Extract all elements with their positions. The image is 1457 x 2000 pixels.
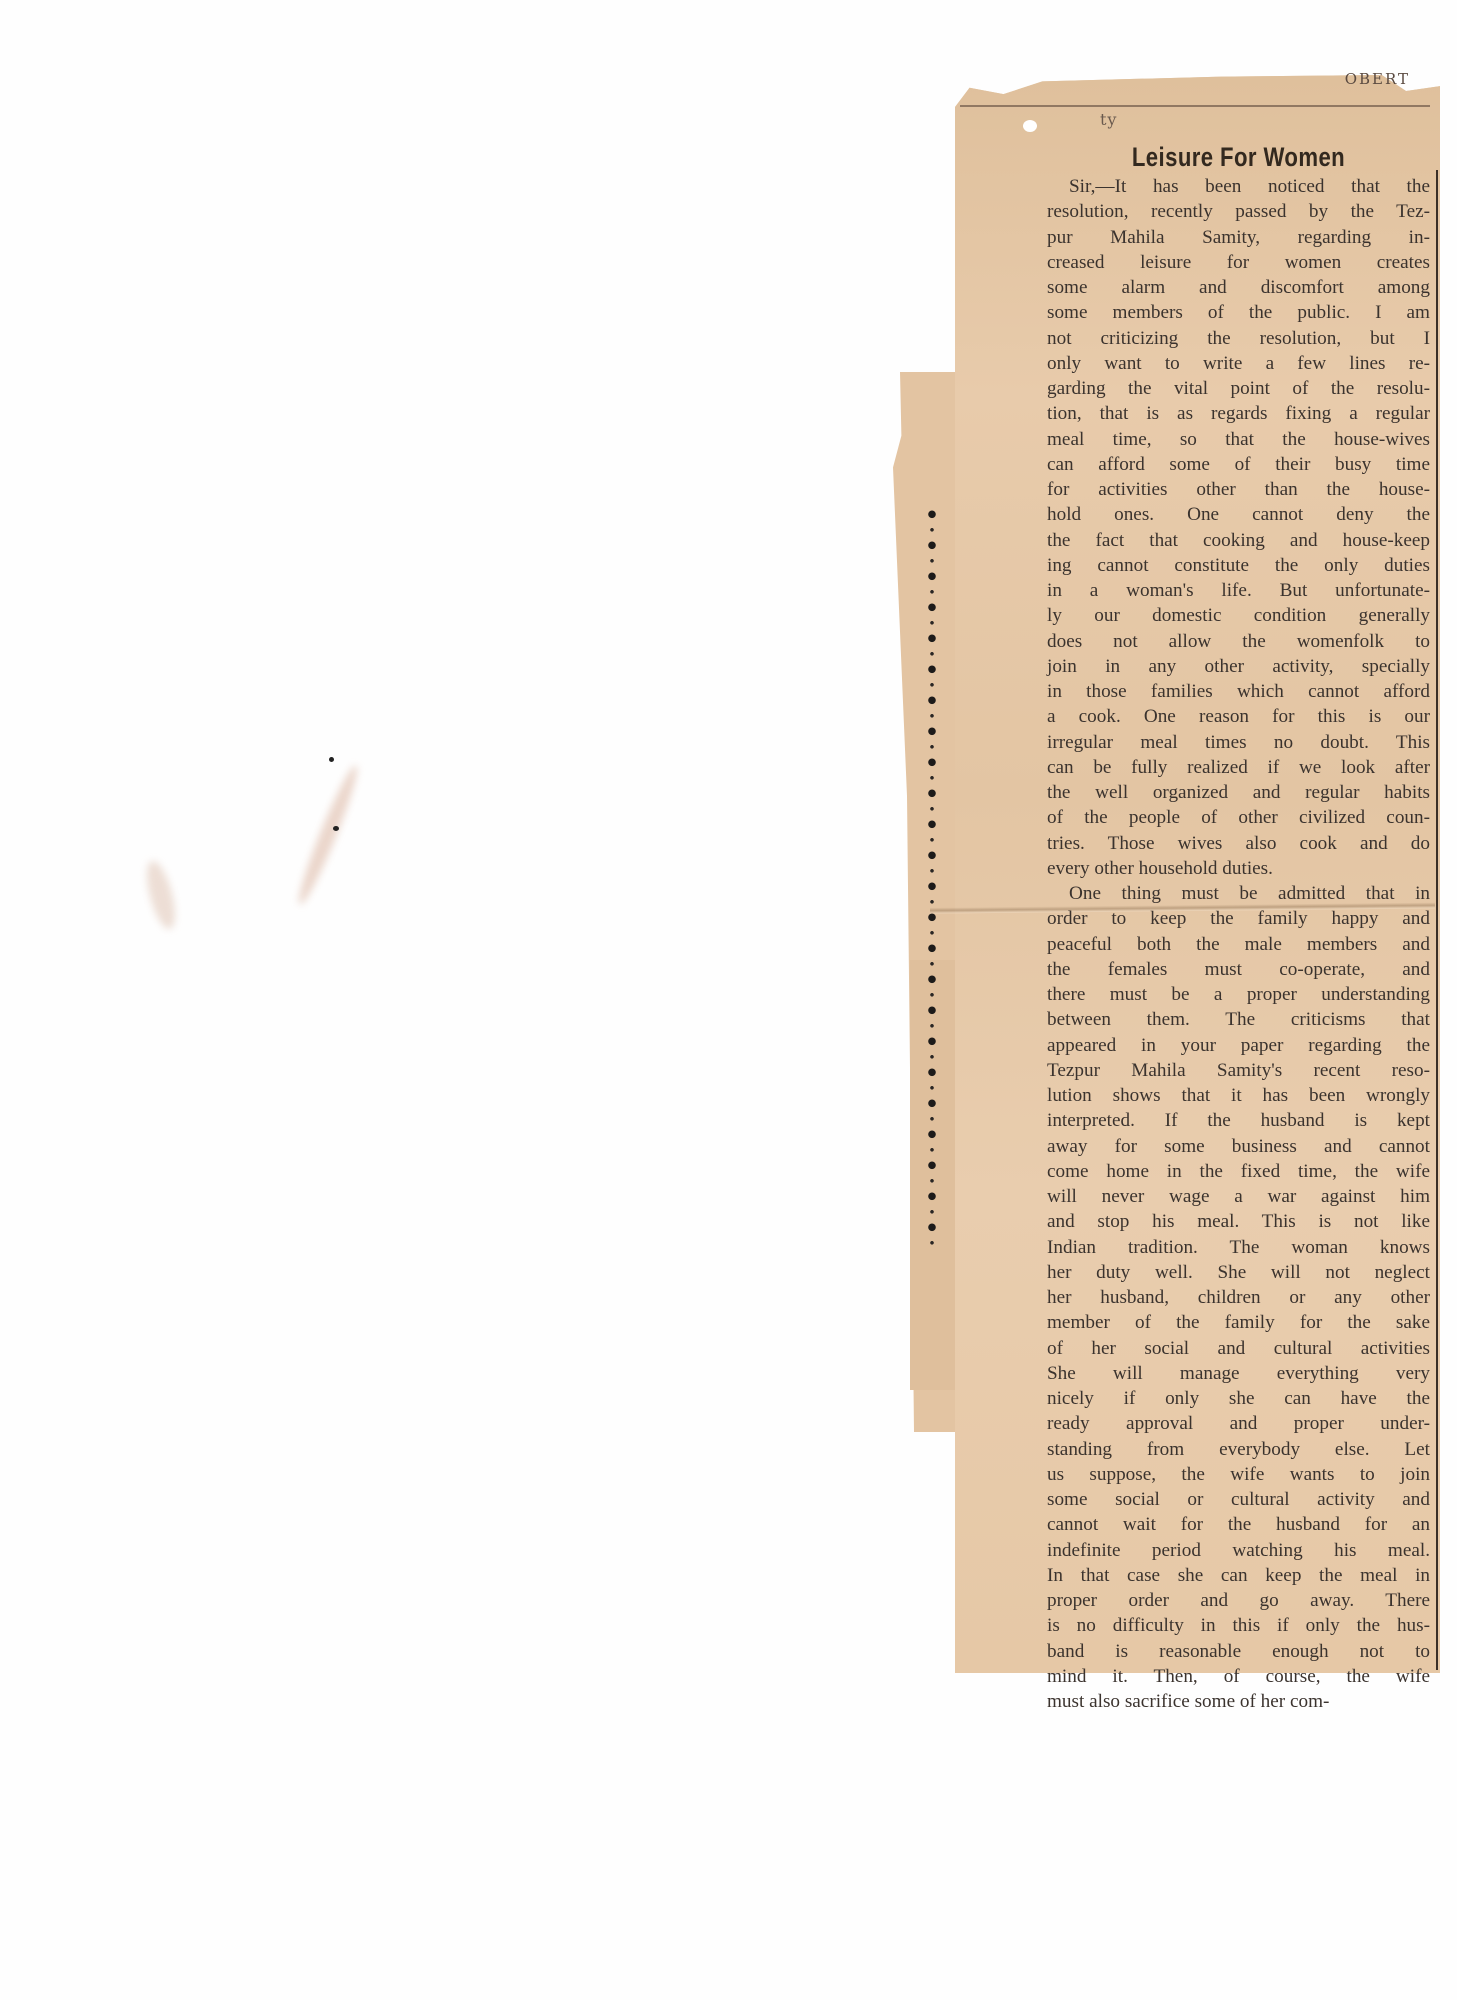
- article-line: must also sacrifice some of her com-: [1047, 1689, 1430, 1714]
- column-right-rule: [1436, 170, 1438, 1670]
- article-line: and stop his meal. This is not like: [1047, 1209, 1430, 1234]
- article-line: cannot wait for the husband for an: [1047, 1512, 1430, 1537]
- article-line: her husband, children or any other: [1047, 1285, 1430, 1310]
- article-line: can be fully realized if we look after: [1047, 755, 1430, 780]
- article-line: her duty well. She will not neglect: [1047, 1260, 1430, 1285]
- article-line: One thing must be admitted that in: [1047, 881, 1430, 906]
- article-line: order to keep the family happy and: [1047, 906, 1430, 931]
- article-line: some social or cultural activity and: [1047, 1487, 1430, 1512]
- article-line: in a woman's life. But unfortunate-: [1047, 578, 1430, 603]
- article-line: will never wage a war against him: [1047, 1184, 1430, 1209]
- article-line: appeared in your paper regarding the: [1047, 1033, 1430, 1058]
- ornamental-border-icon: [926, 505, 938, 1245]
- article-line: does not allow the womenfolk to: [1047, 629, 1430, 654]
- article-line: standing from everybody else. Let: [1047, 1437, 1430, 1462]
- article-line: not criticizing the resolution, but I: [1047, 326, 1430, 351]
- article-line: Sir,—It has been noticed that the: [1047, 174, 1430, 199]
- article-line: In that case she can keep the meal in: [1047, 1563, 1430, 1588]
- article-line: of her social and cultural activities: [1047, 1336, 1430, 1361]
- article-line: the well organized and regular habits: [1047, 780, 1430, 805]
- article-line: is no difficulty in this if only the hus…: [1047, 1613, 1430, 1638]
- article-body: Sir,—It has been noticed that theresolut…: [1047, 174, 1430, 1714]
- article-line: interpreted. If the husband is kept: [1047, 1108, 1430, 1133]
- article-line: the fact that cooking and house-keep: [1047, 528, 1430, 553]
- letter-article: Leisure For Women Sir,—It has been notic…: [1047, 140, 1430, 1714]
- article-line: there must be a proper understanding: [1047, 982, 1430, 1007]
- article-line: of the people of other civilized coun-: [1047, 805, 1430, 830]
- article-line: irregular meal times no doubt. This: [1047, 730, 1430, 755]
- article-line: hold ones. One cannot deny the: [1047, 502, 1430, 527]
- paper-hole: [1023, 120, 1037, 132]
- article-line: a cook. One reason for this is our: [1047, 704, 1430, 729]
- masthead-fragment: OBERT: [1090, 70, 1410, 88]
- article-line: can afford some of their busy time: [1047, 452, 1430, 477]
- article-line: ly our domestic condition generally: [1047, 603, 1430, 628]
- article-line: for activities other than the house-: [1047, 477, 1430, 502]
- article-line: ready approval and proper under-: [1047, 1411, 1430, 1436]
- article-line: She will manage everything very: [1047, 1361, 1430, 1386]
- article-line: indefinite period watching his meal.: [1047, 1538, 1430, 1563]
- article-line: some alarm and discomfort among: [1047, 275, 1430, 300]
- article-line: away for some business and cannot: [1047, 1134, 1430, 1159]
- dust-speck: [329, 757, 334, 762]
- article-line: ing cannot constitute the only duties: [1047, 553, 1430, 578]
- article-line: in those families which cannot afford: [1047, 679, 1430, 704]
- article-line: Indian tradition. The woman knows: [1047, 1235, 1430, 1260]
- article-line: mind it. Then, of course, the wife: [1047, 1664, 1430, 1689]
- dust-speck: [333, 826, 339, 831]
- article-line: tion, that is as regards fixing a regula…: [1047, 401, 1430, 426]
- subhead-fragment: ty: [1100, 110, 1117, 129]
- article-line: nicely if only she can have the: [1047, 1386, 1430, 1411]
- paper-stain: [141, 858, 180, 931]
- article-line: resolution, recently passed by the Tez-: [1047, 199, 1430, 224]
- article-line: join in any other activity, specially: [1047, 654, 1430, 679]
- article-line: garding the vital point of the resolu-: [1047, 376, 1430, 401]
- column-top-rule: [960, 105, 1430, 107]
- article-line: only want to write a few lines re-: [1047, 351, 1430, 376]
- article-line: band is reasonable enough not to: [1047, 1639, 1430, 1664]
- article-line: some members of the public. I am: [1047, 300, 1430, 325]
- article-line: between them. The criticisms that: [1047, 1007, 1430, 1032]
- article-line: pur Mahila Samity, regarding in-: [1047, 225, 1430, 250]
- article-line: member of the family for the sake: [1047, 1310, 1430, 1335]
- article-line: every other household duties.: [1047, 856, 1430, 881]
- article-line: lution shows that it has been wrongly: [1047, 1083, 1430, 1108]
- article-line: us suppose, the wife wants to join: [1047, 1462, 1430, 1487]
- article-line: come home in the fixed time, the wife: [1047, 1159, 1430, 1184]
- article-line: Tezpur Mahila Samity's recent reso-: [1047, 1058, 1430, 1083]
- article-line: creased leisure for women creates: [1047, 250, 1430, 275]
- article-line: meal time, so that the house-wives: [1047, 427, 1430, 452]
- article-line: proper order and go away. There: [1047, 1588, 1430, 1613]
- article-headline: Leisure For Women: [1081, 140, 1395, 174]
- article-line: the females must co-operate, and: [1047, 957, 1430, 982]
- paper-stain: [292, 762, 363, 907]
- article-line: peaceful both the male members and: [1047, 932, 1430, 957]
- article-line: tries. Those wives also cook and do: [1047, 831, 1430, 856]
